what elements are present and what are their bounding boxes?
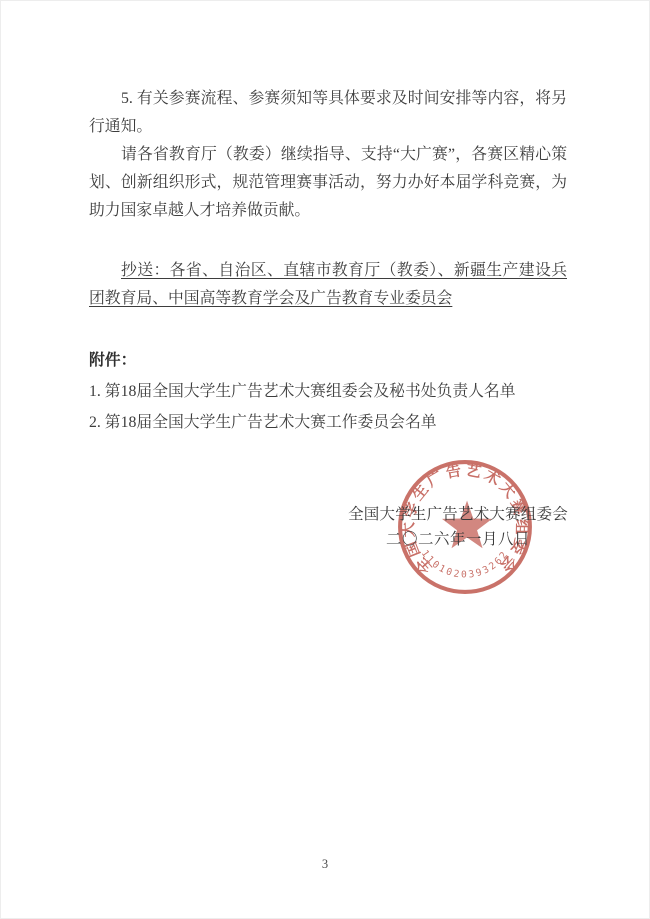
attachment-item: 1. 第18届全国大学生广告艺术大赛组委会及秘书处负责人名单 (89, 378, 567, 406)
cc-line: 抄送：各省、自治区、直辖市教育厅（教委）、新疆生产建设兵 (89, 257, 567, 285)
seal-code: 1101020393262 (419, 548, 511, 580)
signature-org: 全国大学生广告艺术大赛组委会 (343, 504, 573, 526)
body-line: 请各省教育厅（教委）继续指导、支持“大广赛”，各赛区精心策 (89, 141, 567, 169)
signature-block: 全国大学生广告艺术大赛组委会 二〇二六年一月八日 (343, 504, 573, 551)
attachment-item: 2. 第18届全国大学生广告艺术大赛工作委员会名单 (89, 409, 567, 437)
document-page: 5. 有关参赛流程、参赛须知等具体要求及时间安排等内容，将另 行通知。 请各省教… (0, 0, 650, 919)
attachments-heading: 附件： (89, 347, 567, 375)
body-line: 助力国家卓越人才培养做贡献。 (89, 197, 567, 225)
body-line: 5. 有关参赛流程、参赛须知等具体要求及时间安排等内容，将另 (89, 85, 567, 113)
cc-line: 团教育局、中国高等教育学会及广告教育专业委员会 (89, 285, 567, 313)
attachments-section: 附件： 1. 第18届全国大学生广告艺术大赛组委会及秘书处负责人名单 2. 第1… (89, 347, 567, 437)
page-number: 3 (1, 857, 649, 872)
body-line: 划、创新组织形式，规范管理赛事活动，努力办好本届学科竞赛，为 (89, 169, 567, 197)
cc-section: 抄送：各省、自治区、直辖市教育厅（教委）、新疆生产建设兵 团教育局、中国高等教育… (89, 257, 567, 313)
body-line: 行通知。 (89, 113, 567, 141)
signature-date: 二〇二六年一月八日 (343, 529, 573, 551)
body-text: 5. 有关参赛流程、参赛须知等具体要求及时间安排等内容，将另 行通知。 请各省教… (89, 85, 567, 225)
